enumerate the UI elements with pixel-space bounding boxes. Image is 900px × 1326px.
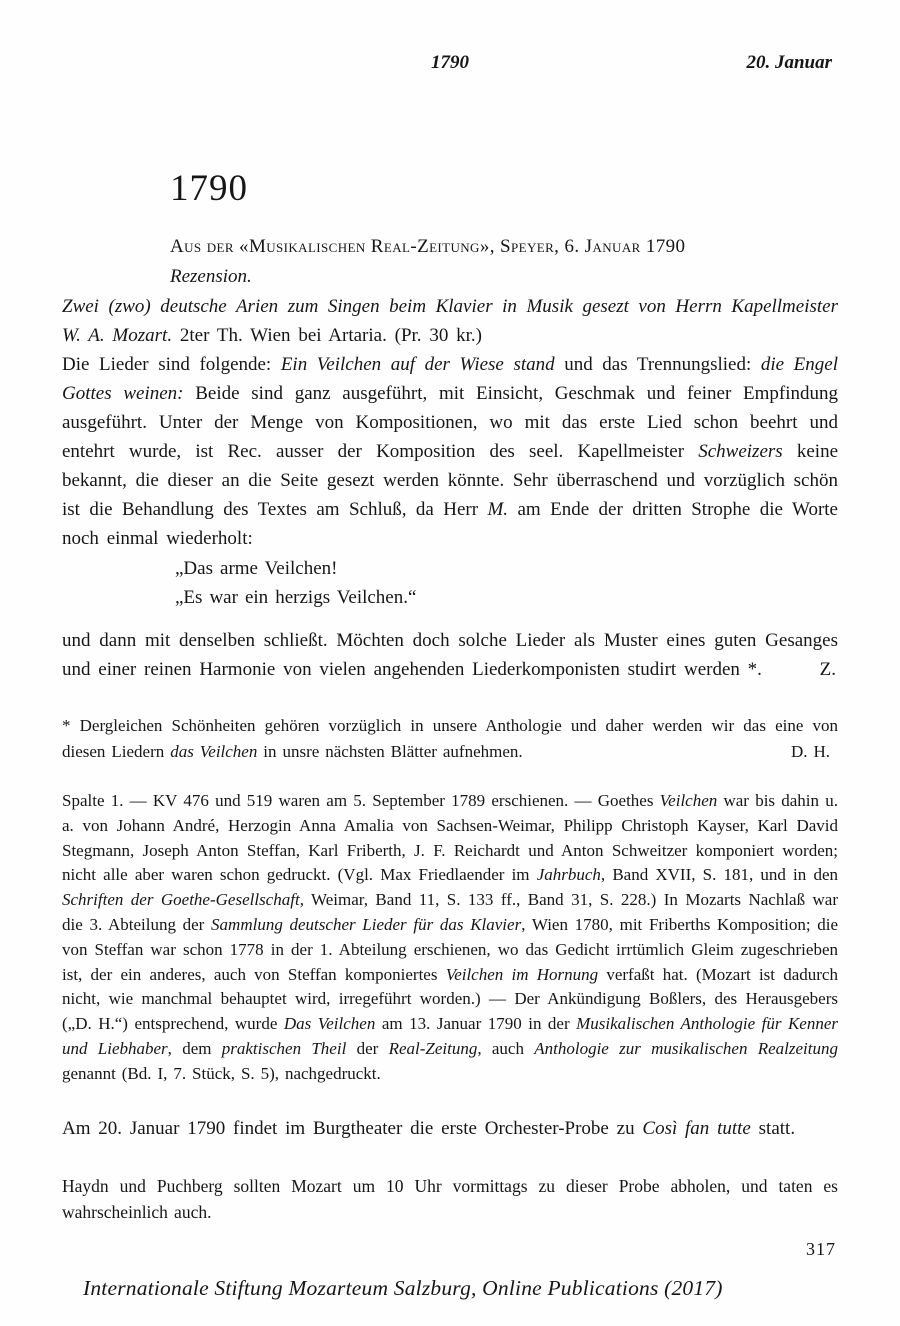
quote-line-1: „Das arme Veilchen! [175, 554, 838, 583]
genre-heading: Rezension. [170, 266, 252, 288]
running-head-date: 20. Januar [746, 52, 832, 74]
publication-footer: Internationale Stiftung Mozarteum Salzbu… [83, 1276, 723, 1301]
running-head-year: 1790 [62, 52, 838, 74]
chapter-year-heading: 1790 [170, 170, 248, 207]
footnote-text: * Dergleichen Schönheiten gehören vorzüg… [62, 716, 838, 761]
footnote-signature: D. H. [791, 739, 830, 765]
commentary-paragraph: Spalte 1. — KV 476 und 519 waren am 5. S… [62, 789, 838, 1087]
review-closing-text: und dann mit denselben schließt. Möchten… [62, 630, 838, 680]
quote-line-2: „Es war ein herzigs Veilchen.“ [175, 583, 838, 612]
event-paragraph: Am 20. Januar 1790 findet im Burgtheater… [62, 1114, 838, 1143]
review-section: Zwei (zwo) deutsche Arien zum Singen bei… [62, 292, 838, 684]
review-body-paragraph: Die Lieder sind folgende: Ein Veilchen a… [62, 350, 838, 553]
page-number: 317 [806, 1239, 836, 1260]
reviewer-signature: Z. [820, 655, 836, 684]
footnote: * Dergleichen Schönheiten gehören vorzüg… [62, 713, 838, 765]
review-closing-paragraph: und dann mit denselben schließt. Möchten… [62, 626, 838, 684]
source-heading: Aus der «Musikalischen Real-Zeitung», Sp… [170, 236, 685, 258]
book-page: 1790 20. Januar 1790 Aus der «Musikalisc… [0, 0, 900, 1326]
running-head: 1790 20. Januar [62, 52, 838, 78]
review-title-paragraph: Zwei (zwo) deutsche Arien zum Singen bei… [62, 292, 838, 350]
verse-quote: „Das arme Veilchen! „Es war ein herzigs … [175, 554, 838, 612]
event-note-paragraph: Haydn und Puchberg sollten Mozart um 10 … [62, 1173, 838, 1225]
